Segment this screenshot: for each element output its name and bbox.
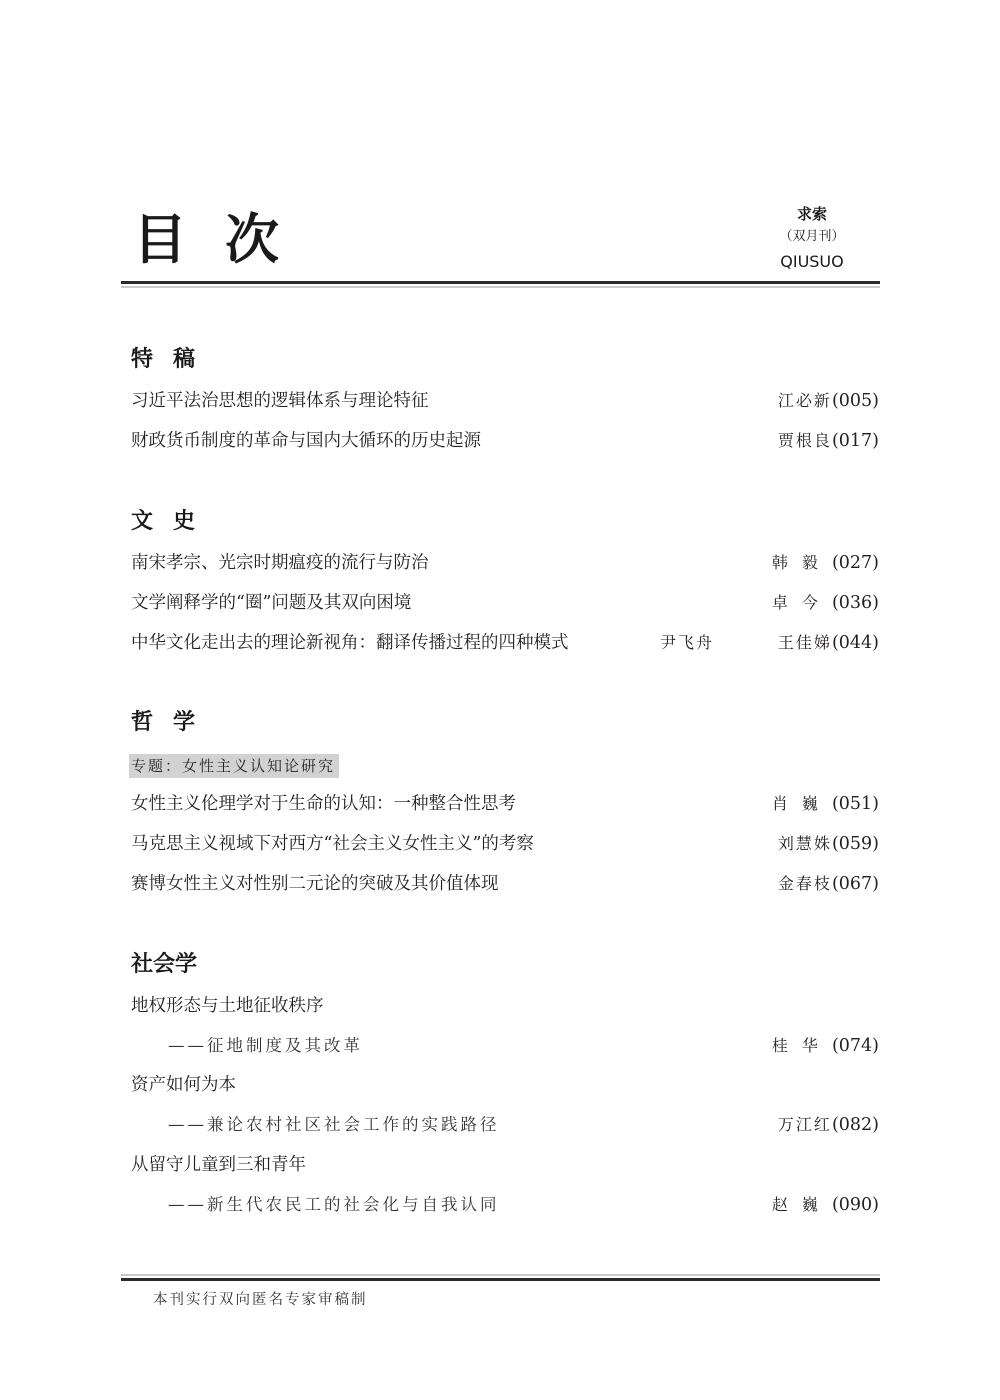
entry-author: 金春枝 <box>778 874 832 893</box>
entry-author: 江必新 <box>778 391 832 410</box>
entry-title: 财政货币制度的革命与国内大循环的历史起源 <box>131 427 481 455</box>
entry-author: 贾根良 <box>778 431 832 450</box>
entry-subtitle: ——征地制度及其改革 <box>168 1032 363 1060</box>
journal-masthead: 求索 （双月刊） QIUSUO <box>752 203 872 275</box>
entry-page: (017) <box>832 431 879 451</box>
section-heading-sociology: 社会学 <box>131 950 197 980</box>
entry-title: 习近平法治思想的逻辑体系与理论特征 <box>131 387 429 415</box>
toc-entry-title-line[interactable]: 地权形态与土地征收秩序 <box>131 992 879 1020</box>
section-heading-special: 特稿 <box>131 345 215 375</box>
entry-page: (036) <box>832 593 879 613</box>
section-heading-philosophy: 哲学 <box>131 708 215 738</box>
entry-author: 桂华 <box>772 1036 832 1055</box>
entry-title: 女性主义伦理学对于生命的认知：一种整合性思考 <box>131 790 516 818</box>
toc-entry[interactable]: 习近平法治思想的逻辑体系与理论特征 江必新(005) <box>131 387 879 415</box>
header-rule-light <box>121 286 880 288</box>
entry-page: (090) <box>832 1195 879 1215</box>
entry-title: 从留守儿童到三和青年 <box>131 1151 306 1179</box>
toc-entry-subtitle-line[interactable]: ——新生代农民工的社会化与自我认同 赵巍(090) <box>131 1191 879 1219</box>
entry-author: 肖巍 <box>772 794 832 813</box>
footer-rule-dark <box>121 1278 880 1281</box>
entry-author: 王佳娣 <box>778 633 832 652</box>
toc-entry[interactable]: 南宋孝宗、光宗时期瘟疫的流行与防治 韩毅(027) <box>131 549 879 577</box>
toc-entry-title-line[interactable]: 资产如何为本 <box>131 1071 879 1099</box>
entry-page: (005) <box>832 391 879 411</box>
entry-author: 赵巍 <box>772 1195 832 1214</box>
toc-entry[interactable]: 女性主义伦理学对于生命的认知：一种整合性思考 肖巍(051) <box>131 790 879 818</box>
entry-title: 地权形态与土地征收秩序 <box>131 992 324 1020</box>
page-title: 目次 <box>133 205 317 275</box>
journal-pinyin: QIUSUO <box>752 249 872 275</box>
toc-entry[interactable]: 中华文化走出去的理论新视角：翻译传播过程的四种模式 尹飞舟 王佳娣(044) <box>131 629 879 657</box>
toc-entry[interactable]: 马克思主义视域下对西方“社会主义女性主义”的考察 刘慧姝(059) <box>131 830 879 858</box>
entry-page: (027) <box>832 553 879 573</box>
entry-title: 南宋孝宗、光宗时期瘟疫的流行与防治 <box>131 549 429 577</box>
journal-name: 求索 <box>752 203 872 225</box>
entry-page: (082) <box>832 1115 879 1135</box>
footer-note: 本刊实行双向匿名专家审稿制 <box>153 1289 368 1311</box>
footer-rule-light <box>121 1274 880 1276</box>
entry-subtitle: ——新生代农民工的社会化与自我认同 <box>168 1191 500 1219</box>
entry-title: 文学阐释学的“圈”问题及其双向困境 <box>131 589 411 617</box>
entry-title: 中华文化走出去的理论新视角：翻译传播过程的四种模式 <box>131 629 569 657</box>
toc-entry-subtitle-line[interactable]: ——征地制度及其改革 桂华(074) <box>131 1032 879 1060</box>
entry-coauthor: 尹飞舟 <box>660 629 714 657</box>
entry-page: (044) <box>832 633 879 653</box>
section-heading-literature-history: 文史 <box>131 507 215 537</box>
entry-page: (067) <box>832 874 879 894</box>
entry-author: 卓今 <box>772 593 832 612</box>
entry-author: 刘慧姝 <box>778 834 832 853</box>
toc-entry-subtitle-line[interactable]: ——兼论农村社区社会工作的实践路径 万江红(082) <box>131 1111 879 1139</box>
header-rule-dark <box>121 281 880 284</box>
toc-entry[interactable]: 文学阐释学的“圈”问题及其双向困境 卓今(036) <box>131 589 879 617</box>
entry-subtitle: ——兼论农村社区社会工作的实践路径 <box>168 1111 500 1139</box>
journal-frequency: （双月刊） <box>752 225 872 249</box>
toc-entry[interactable]: 赛博女性主义对性别二元论的突破及其价值体现 金春枝(067) <box>131 870 879 898</box>
toc-entry-title-line[interactable]: 从留守儿童到三和青年 <box>131 1151 879 1179</box>
toc-entry[interactable]: 财政货币制度的革命与国内大循环的历史起源 贾根良(017) <box>131 427 879 455</box>
entry-author: 万江红 <box>778 1115 832 1134</box>
entry-title: 赛博女性主义对性别二元论的突破及其价值体现 <box>131 870 499 898</box>
entry-title: 马克思主义视域下对西方“社会主义女性主义”的考察 <box>131 830 534 858</box>
entry-page: (074) <box>832 1036 879 1056</box>
entry-page: (059) <box>832 834 879 854</box>
entry-title: 资产如何为本 <box>131 1071 236 1099</box>
topic-label: 专题：女性主义认知论研究 <box>129 754 339 778</box>
entry-page: (051) <box>832 794 879 814</box>
entry-author: 韩毅 <box>772 553 832 572</box>
